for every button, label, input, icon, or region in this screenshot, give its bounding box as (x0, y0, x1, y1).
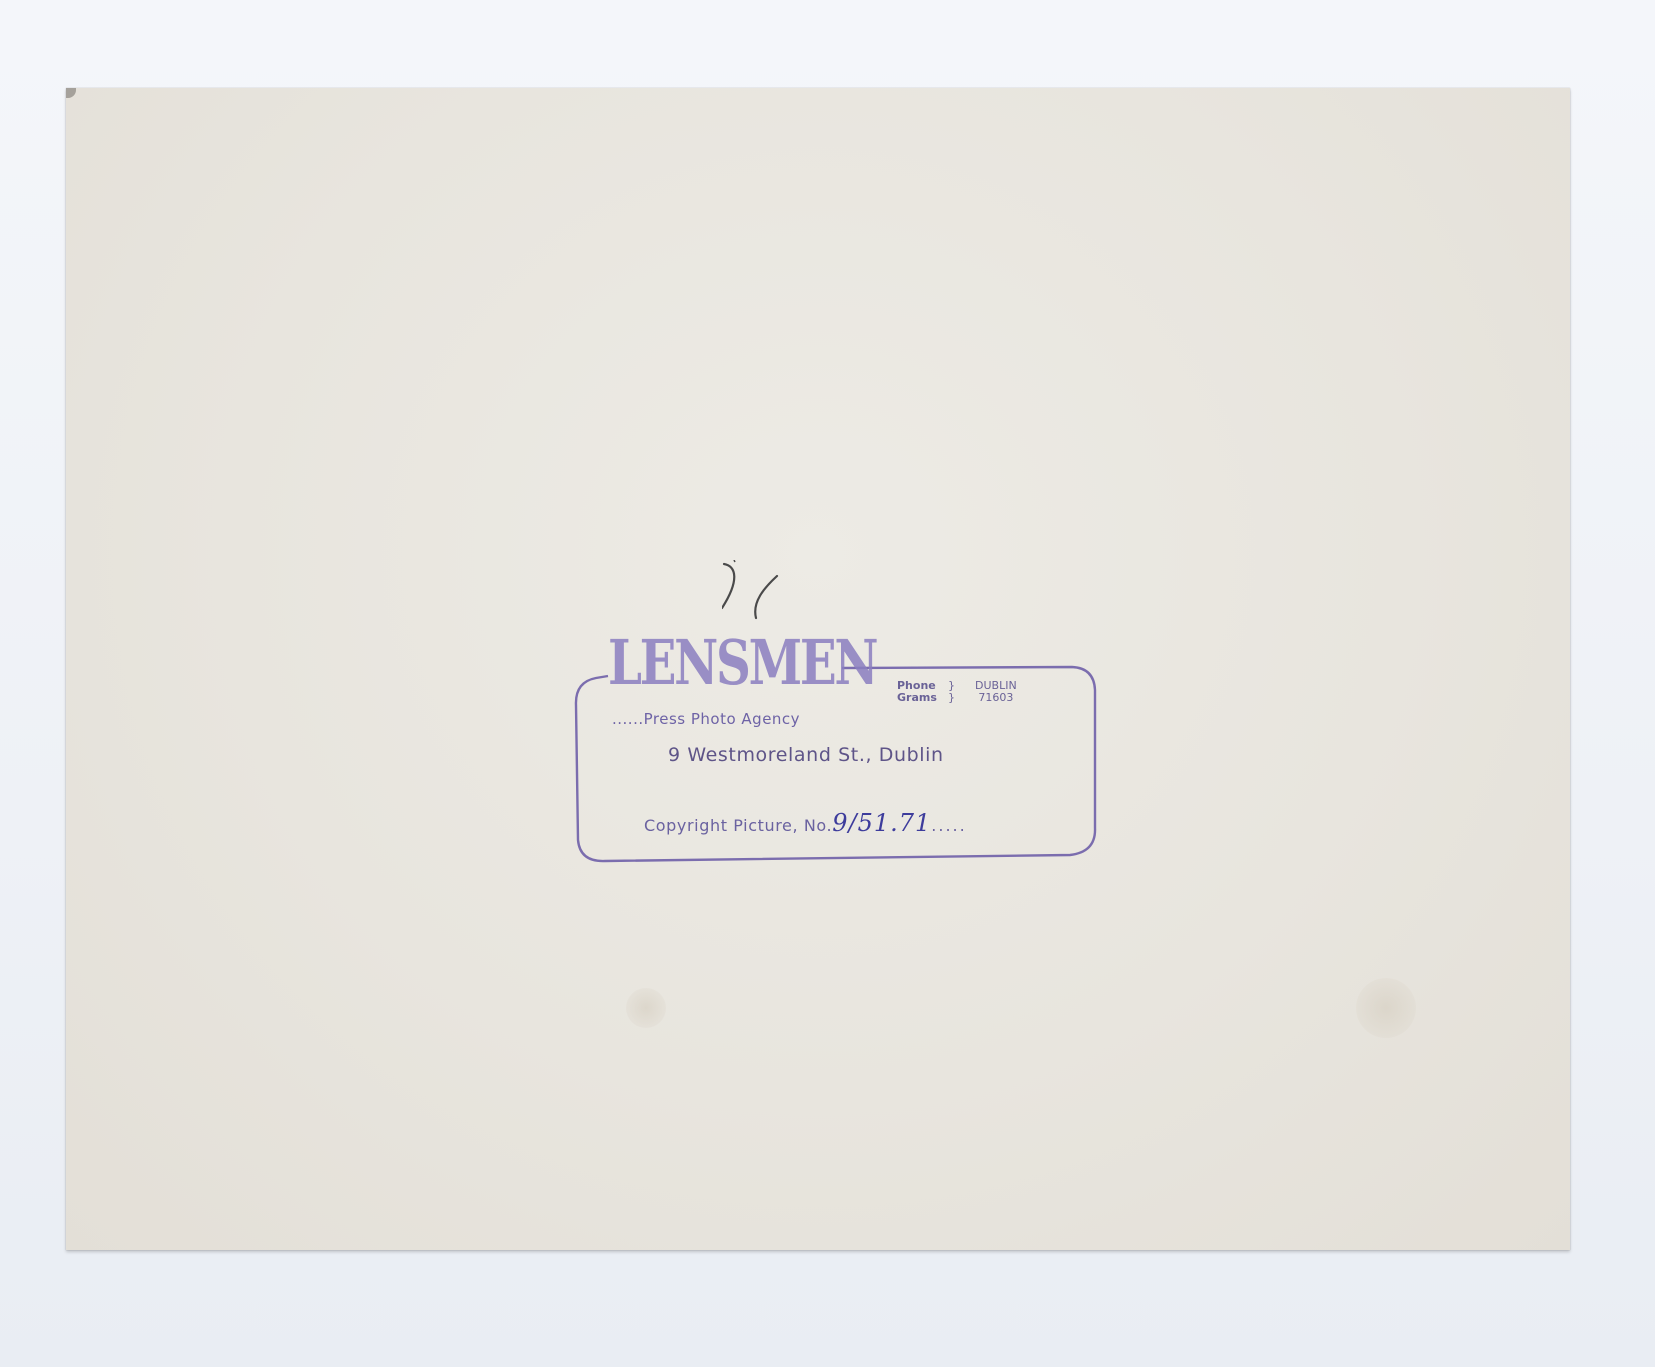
paper-corner-wear (66, 88, 76, 98)
photo-back-paper (66, 88, 1570, 1250)
handwritten-mark (722, 560, 782, 620)
paper-stain (1356, 978, 1416, 1038)
paper-stain (626, 988, 666, 1028)
